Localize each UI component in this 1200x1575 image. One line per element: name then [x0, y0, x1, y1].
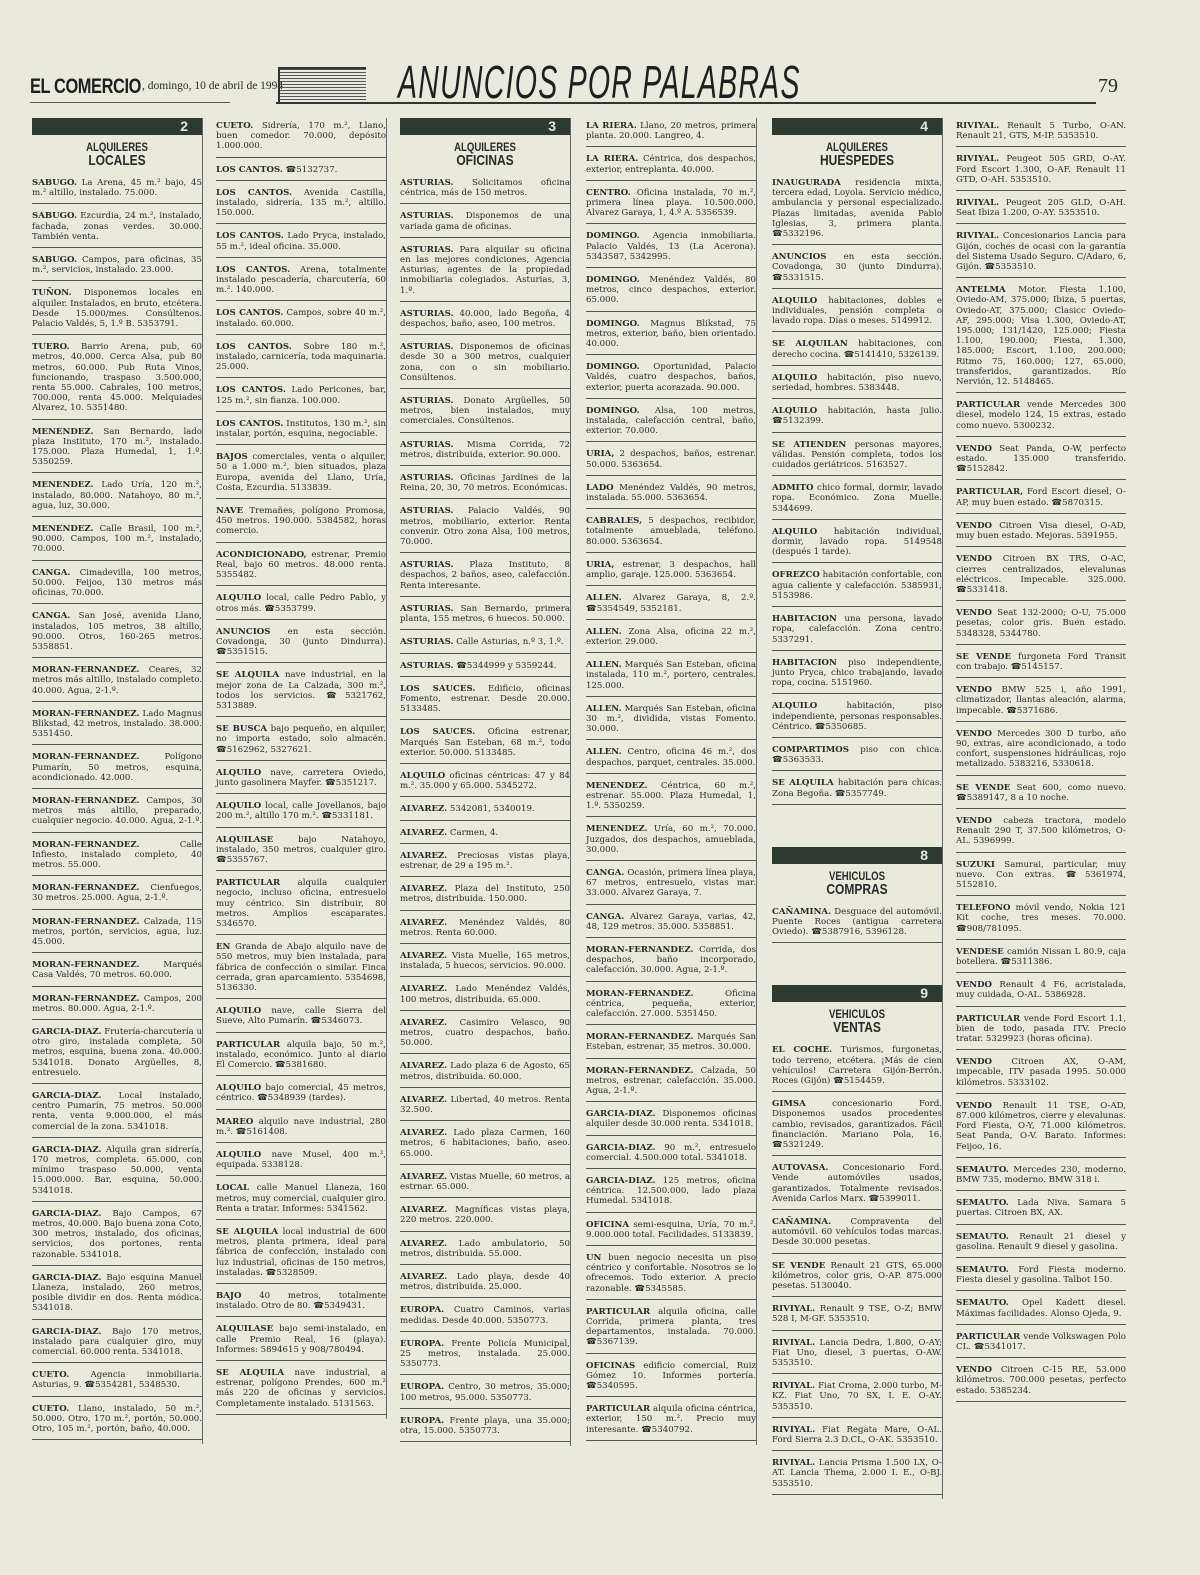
ad-keyword: EUROPA.: [400, 1339, 444, 1349]
ad-keyword: VENDO: [956, 729, 992, 739]
ad-keyword: EUROPA.: [400, 1416, 444, 1426]
ad-keyword: CUETO.: [32, 1370, 69, 1380]
ad-keyword: ASTURIAS.: [400, 342, 453, 352]
classified-ad: MORAN-FERNANDEZ. Ceares, 32 metros más a…: [32, 662, 202, 702]
ad-keyword: ALLEN.: [586, 747, 622, 757]
classified-ad: VENDO Renault 4 F6, acristalada, muy cui…: [956, 977, 1126, 1006]
ad-keyword: MENENDEZ.: [32, 427, 93, 437]
ad-keyword: LOS CANTOS.: [216, 265, 290, 275]
classified-ad: ALQUILO nave Musel, 400 m.², equipada. 5…: [216, 1147, 386, 1176]
classified-ad: DOMINGO. Oportunidad, Palacio Valdés, cu…: [586, 359, 756, 399]
ad-keyword: NAVE: [216, 506, 243, 516]
classified-ad: VENDESE camión Nissan L 80.9, caja botel…: [956, 944, 1126, 973]
ad-keyword: VENDO: [956, 444, 992, 454]
ad-keyword: SE BUSCA: [216, 724, 267, 734]
classified-ad: LADO Menéndez Valdés, 90 metros, instala…: [586, 480, 756, 509]
classified-ad: PARTICULAR alquila oficina céntrica, ext…: [586, 1401, 756, 1441]
classified-ad: ALQUILO habitación, piso nuevo, seriedad…: [772, 370, 942, 399]
ad-keyword: ASTURIAS.: [400, 637, 453, 647]
classified-ad: PARTICULAR alquila cualquier negocio, in…: [216, 875, 386, 935]
ad-keyword: SE ATIENDEN: [772, 440, 846, 450]
ad-keyword: LOS CANTOS.: [216, 385, 286, 395]
classified-ad: GARCIA-DIAZ. Bajo 170 metros, instalado …: [32, 1324, 202, 1364]
ad-keyword: ASTURIAS.: [400, 560, 453, 570]
classified-ad: DOMINGO. Alsa, 100 metros, instalada, ca…: [586, 403, 756, 443]
ad-text: buen negocio necesita un piso céntrico y…: [586, 1253, 756, 1294]
classified-ad: ALQUILO local, calle Pedro Pablo, y otro…: [216, 590, 386, 619]
ad-keyword: MORAN-FERNANDEZ.: [586, 1066, 694, 1076]
classified-ad: CAÑAMINA. Compraventa del automóvil. 60 …: [772, 1214, 942, 1254]
classified-ad: VENDO Citroen BX TRS, O-AC, cierres cent…: [956, 551, 1126, 601]
ad-keyword: ALQUILO: [772, 406, 817, 416]
ad-keyword: MORAN-FERNANDEZ.: [32, 752, 140, 762]
classified-ad: ANUNCIOS en esta sección. Covadonga, 30 …: [772, 249, 942, 289]
section-heading: ALQUILERESHUESPEDES: [772, 141, 942, 167]
ad-keyword: ASTURIAS.: [400, 506, 453, 516]
ad-keyword: ALQUILO: [216, 768, 261, 778]
classified-ad: ALVAREZ. Magníficas vistas playa, 220 me…: [400, 1202, 570, 1231]
ad-keyword: SABUGO.: [32, 211, 77, 221]
ad-keyword: ALVAREZ.: [400, 1018, 447, 1028]
column-3: 3ALQUILERESOFICINASASTURIAS. Solicitamos…: [400, 118, 571, 1446]
ad-keyword: CABRALES,: [586, 516, 642, 526]
classified-ad: ASTURIAS. Disponemos de una variada gama…: [400, 208, 570, 237]
classified-ad: SEMAUTO. Ford Fiesta moderno. Fiesta die…: [956, 1262, 1126, 1291]
ad-keyword: ALVAREZ.: [400, 1205, 447, 1215]
ad-keyword: MORAN-FERNANDEZ.: [586, 945, 694, 955]
ad-text: Barrio Arena, pub, 60 metros, 40.000. Ce…: [32, 342, 202, 413]
divider: [30, 102, 230, 103]
classified-ad: DOMINGO. Menéndez Valdés, 80 metros, cin…: [586, 272, 756, 312]
ad-keyword: VENDO: [956, 980, 992, 990]
ad-keyword: ALQUILO: [772, 701, 817, 711]
classified-ad: NAVE Tremañes, polígono Promosa, 450 met…: [216, 503, 386, 543]
ad-keyword: MORAN-FERNANDEZ.: [32, 840, 140, 850]
classified-ad: INAUGURADA residencia mixta, tercera eda…: [772, 175, 942, 245]
ad-keyword: ALVAREZ.: [400, 1128, 447, 1138]
ad-keyword: VENDO: [956, 1365, 992, 1375]
ad-keyword: EUROPA.: [400, 1305, 444, 1315]
ad-keyword: ALVAREZ.: [400, 884, 447, 894]
ad-keyword: MORAN-FERNANDEZ.: [32, 883, 140, 893]
classified-ad: ALVAREZ. Carmen, 4.: [400, 825, 570, 844]
ad-keyword: LA RIERA.: [586, 121, 637, 131]
section-number-bar: 3: [400, 118, 570, 135]
classified-ad: ALQUILO nave, carretera Oviedo, junto ga…: [216, 765, 386, 794]
classified-ad: EUROPA. Frente playa, una 35.000; otra, …: [400, 1413, 570, 1442]
ad-keyword: GARCIA-DIAZ.: [32, 1273, 102, 1283]
issue-date: , domingo, 10 de abril de 1994: [142, 80, 283, 92]
classified-ad: ALQUILO oficinas céntricas: 47 y 84 m.².…: [400, 768, 570, 797]
classified-ad: ALQUILO habitación individual, dormir, l…: [772, 524, 942, 564]
classified-ad: ALQUILO habitación, hasta julio. ☎513239…: [772, 403, 942, 432]
classified-ad: ASTURIAS. Oficinas Jardines de la Reina,…: [400, 470, 570, 499]
classified-ad: VENDO Mercedes 300 D turbo, año 90, extr…: [956, 726, 1126, 776]
classified-ad: EUROPA. Centro, 30 metros, 35.000; 100 m…: [400, 1379, 570, 1408]
ad-keyword: CANGA.: [586, 912, 624, 922]
ad-keyword: ASTURIAS.: [400, 211, 453, 221]
classified-ad: GARCIA-DIAZ. Frutería-charcutería u otro…: [32, 1024, 202, 1084]
ad-keyword: SUZUKI: [956, 860, 995, 870]
classified-ad: SE ALQUILA local industrial de 600 metro…: [216, 1224, 386, 1284]
ad-keyword: LOS CANTOS.: [216, 165, 283, 175]
ad-keyword: LA RIERA.: [586, 154, 638, 164]
classified-ad: SABUGO. Campos, para oficinas, 35 m.², s…: [32, 252, 202, 281]
classified-ad: ASTURIAS. San Bernardo, primera planta, …: [400, 601, 570, 630]
classified-ad: SE VENDE Seat 600, como nuevo. ☎5389147,…: [956, 780, 1126, 809]
classified-ad: RIVIYAL. Concesionarios Lancia para Gijó…: [956, 228, 1126, 278]
classified-ad: ACONDICIONADO, estrenar, Premio Real, ba…: [216, 547, 386, 587]
ad-keyword: PARTICULAR: [956, 400, 1020, 410]
classified-ad: ALQUILASE bajo semi-instalado, en calle …: [216, 1321, 386, 1361]
ad-keyword: ASTURIAS.: [400, 661, 453, 671]
ad-keyword: PARTICULAR: [586, 1307, 650, 1317]
ad-keyword: ALQUILO: [772, 296, 817, 306]
classified-ad: PARTICULAR alquila oficina, calle Corrid…: [586, 1304, 756, 1354]
ad-keyword: HABITACION: [772, 658, 837, 668]
classified-ad: OFREZCO habitación confortable, con agua…: [772, 567, 942, 607]
classified-ad: ASTURIAS. Palacio Valdés, 90 metros, mob…: [400, 503, 570, 553]
classified-ad: ALVAREZ. Vista Muelle, 165 metros, insta…: [400, 948, 570, 977]
classified-ad: MORAN-FERNANDEZ. Polígono Pumarín, 50 me…: [32, 749, 202, 789]
ad-keyword: HABITACION: [772, 614, 837, 624]
ad-keyword: MENENDEZ.: [32, 524, 93, 534]
column-6: RIVIYAL. Renault 5 Turbo, O-AN. Renault …: [956, 118, 1126, 1406]
ad-keyword: ASTURIAS.: [400, 309, 453, 319]
ad-keyword: CENTRO.: [586, 188, 631, 198]
ad-keyword: OFICINAS: [586, 1361, 635, 1371]
ad-keyword: SE VENDE: [772, 1261, 825, 1271]
decorative-stripes: [278, 67, 366, 103]
ad-keyword: SE VENDE: [956, 652, 1011, 662]
section-subcategory: VENTAS: [789, 1021, 925, 1034]
classified-ad: TUERO. Barrio Arena, pub, 60 metros, 40.…: [32, 339, 202, 419]
classified-ad: RIVIYAL. Lancia Prisma 1.500 LX, O-AT. L…: [772, 1455, 942, 1495]
ad-keyword: RIVIYAL.: [956, 198, 999, 208]
classified-ad: DOMINGO. Magnus Blikstad, 75 metros, ext…: [586, 316, 756, 356]
classified-ad: PARTICULAR vende Volkswagen Polo CL. ☎53…: [956, 1329, 1126, 1358]
classified-ad: ASTURIAS. Disponemos de oficinas desde 3…: [400, 339, 570, 389]
classified-ad: LOS CANTOS. Avenida Castilla, instalado,…: [216, 185, 386, 225]
classified-ad: MORAN-FERNANDEZ. Marqués Casa Valdés, 70…: [32, 957, 202, 986]
classified-ad: LOS CANTOS. ☎5132737.: [216, 162, 386, 181]
classified-ad: VENDO Citroen C-15 RE, 53.000 kilómetros…: [956, 1362, 1126, 1402]
ad-keyword: RIVIYAL.: [956, 121, 999, 131]
ad-keyword: MORAN-FERNANDEZ.: [586, 1032, 694, 1042]
section-subcategory: LOCALES: [49, 154, 185, 167]
ad-keyword: DOMINGO.: [586, 406, 640, 416]
classified-ad: CABRALES, 5 despachos, recibidor, totalm…: [586, 513, 756, 553]
classified-ad: LOS CANTOS. Lado Pericones, bar, 125 m.²…: [216, 382, 386, 411]
classified-ad: GARCIA-DIAZ. Disponemos oficinas alquile…: [586, 1106, 756, 1135]
ad-keyword: EL COCHE.: [772, 1045, 832, 1055]
ad-keyword: SE ALQUILA: [216, 1368, 284, 1378]
ad-keyword: MORAN-FERNANDEZ.: [32, 960, 140, 970]
classified-ad: ALLEN. Centro, oficina 46 m.², dos despa…: [586, 744, 756, 773]
ad-keyword: VENDO: [956, 816, 992, 826]
classified-ad: LOS CANTOS. Sobre 180 m.², instalado, ca…: [216, 339, 386, 379]
column-1: 2ALQUILERESLOCALESSABUGO. La Arena, 45 m…: [32, 118, 203, 1444]
classified-ad: ALQUILO nave, calle Sierra del Sueve, Al…: [216, 1003, 386, 1032]
classified-ad: SEMAUTO. Mercedes 230, moderno. BMW 735,…: [956, 1162, 1126, 1191]
classified-ad: MENENDEZ. Céntrica, 60 m.², estrenar. 55…: [586, 778, 756, 818]
classified-ad: MENENDEZ. Lado Uría, 120 m.², instalado,…: [32, 477, 202, 517]
ad-keyword: ALVAREZ.: [400, 1061, 447, 1071]
ad-keyword: RIVIYAL.: [956, 154, 999, 164]
classified-ad: SE VENDE furgoneta Ford Transit con trab…: [956, 649, 1126, 678]
classified-ad: OFICINAS edificio comercial, Ruiz Gómez …: [586, 1358, 756, 1398]
section-subcategory: HUESPEDES: [789, 154, 925, 167]
ad-keyword: GARCIA-DIAZ.: [586, 1143, 656, 1153]
ad-keyword: VENDO: [956, 554, 992, 564]
ad-keyword: ALQUILO: [216, 593, 261, 603]
ad-keyword: SEMAUTO.: [956, 1298, 1009, 1308]
classified-ad: CUETO. Llano, instalado, 50 m.², 50.000.…: [32, 1401, 202, 1441]
classified-ad: RIVIYAL. Fiat Regata Mare, O-AL. Ford Si…: [772, 1422, 942, 1451]
classified-ad: SE ALQUILA nave industrial, en la mejor …: [216, 667, 386, 717]
classified-ad: GARCIA-DIAZ. Bajo Campos, 67 metros, 40.…: [32, 1206, 202, 1266]
classified-ad: PARTICULAR, Ford Escort diesel, O-AP, mu…: [956, 484, 1126, 513]
ad-keyword: OFICINA: [586, 1220, 629, 1230]
classified-ad: URIA, estrenar, 3 despachos, hall amplio…: [586, 557, 756, 586]
ad-keyword: URIA,: [586, 449, 614, 459]
classified-ad: ALVAREZ. Lado plaza 6 de Agosto, 65 metr…: [400, 1058, 570, 1087]
ad-keyword: VENDO: [956, 1057, 992, 1067]
ad-keyword: INAUGURADA: [772, 178, 841, 188]
ad-keyword: PARTICULAR: [956, 1332, 1020, 1342]
classified-ad: DOMINGO. Agencia inmobiliaria. Palacio V…: [586, 228, 756, 268]
classified-ad: VENDO Renault 11 TSE, O-AD, 87.000 kilóm…: [956, 1098, 1126, 1158]
ad-keyword: CUETO.: [32, 1404, 69, 1414]
classified-ad: HABITACION piso independiente, junto Pry…: [772, 655, 942, 695]
ad-keyword: UN: [586, 1253, 601, 1263]
ad-keyword: PARTICULAR: [956, 1014, 1020, 1024]
ad-keyword: ALLEN.: [586, 704, 622, 714]
classified-ad: SE VENDE Renault 21 GTS, 65.000 kilómetr…: [772, 1258, 942, 1298]
ad-keyword: CANGA.: [586, 868, 624, 878]
classified-ad: SE ATIENDEN personas mayores, válidas. P…: [772, 437, 942, 477]
ad-keyword: AUTOVASA.: [772, 1163, 828, 1173]
ad-keyword: ANUNCIOS: [216, 627, 270, 637]
classified-ad: ALQUILO habitaciones, dobles e individua…: [772, 293, 942, 333]
ad-keyword: ALQUILO: [216, 801, 261, 811]
classified-ad: ALVAREZ. Lado Menéndez Valdés, 100 metro…: [400, 981, 570, 1010]
classified-ad: SABUGO. Ezcurdia, 24 m.², instalado, fac…: [32, 208, 202, 248]
classified-ad: SEMAUTO. Opel Kadett diesel. Máximas fac…: [956, 1295, 1126, 1324]
ad-text: 5342081, 5340019.: [447, 804, 534, 814]
ad-keyword: SE ALQUILA: [772, 778, 834, 788]
ad-keyword: CANGA.: [32, 568, 70, 578]
classified-ad: TELEFONO móvil vendo, Nokia 121 Kit coch…: [956, 900, 1126, 940]
ad-keyword: LOS CANTOS.: [216, 188, 292, 198]
classified-ad: MORAN-FERNANDEZ. Cienfuegos, 30 metros. …: [32, 880, 202, 909]
ad-keyword: ALVAREZ.: [400, 851, 447, 861]
classified-ad: LOS SAUCES. Edificio, oficinas Fomento, …: [400, 681, 570, 721]
classified-ad: GARCIA-DIAZ. Alquila gran sidrería, 170 …: [32, 1142, 202, 1202]
ad-keyword: BAJOS: [216, 452, 248, 462]
classified-ad: SABUGO. La Arena, 45 m.² bajo, 45 m.² al…: [32, 175, 202, 204]
classified-ad: RIVIYAL. Peugeot 205 GLD, O-AH. Seat Ibi…: [956, 195, 1126, 224]
ad-keyword: RIVIYAL.: [772, 1304, 815, 1314]
classified-ad: CANGA. Alvarez Garaya, varias, 42, 48, 1…: [586, 909, 756, 938]
classified-ad: SEMAUTO. Renault 21 diesel y gasolina. R…: [956, 1229, 1126, 1258]
spacer: [772, 947, 942, 985]
ad-keyword: EN: [216, 942, 230, 952]
ad-keyword: SABUGO.: [32, 178, 77, 188]
ad-keyword: CAÑAMINA.: [772, 907, 831, 917]
ad-keyword: ALVAREZ.: [400, 1239, 447, 1249]
classified-ad: CUETO. Sidrería, 170 m.², Llano, buen co…: [216, 118, 386, 158]
classified-ad: LOS CANTOS. Arena, totalmente instalado …: [216, 262, 386, 302]
ad-keyword: MORAN-FERNANDEZ.: [32, 994, 140, 1004]
classified-ad: ASTURIAS. Donato Argüelles, 50 metros, b…: [400, 393, 570, 433]
ad-keyword: ACONDICIONADO,: [216, 550, 307, 560]
ad-keyword: MORAN-FERNANDEZ.: [32, 796, 140, 806]
ad-keyword: MORAN-FERNANDEZ.: [32, 917, 140, 927]
classified-ad: EN Granda de Abajo alquilo nave de 550 m…: [216, 939, 386, 999]
ad-keyword: DOMINGO.: [586, 275, 640, 285]
section-number-bar: 4: [772, 118, 942, 135]
classified-ad: BAJO 40 metros, totalmente instalado. Ot…: [216, 1288, 386, 1317]
ad-keyword: VENDESE: [956, 947, 1004, 957]
ad-keyword: MENENDEZ.: [32, 480, 93, 490]
classified-ad: ANUNCIOS en esta sección. Covadonga, 30 …: [216, 624, 386, 664]
classified-ad: ALQUILASE bajo Natahoyo, instalado, 350 …: [216, 832, 386, 872]
ad-keyword: BAJO: [216, 1291, 241, 1301]
ad-keyword: VENDO: [956, 1101, 992, 1111]
ad-keyword: MENENDEZ.: [586, 781, 647, 791]
classified-ad: COMPARTIMOS piso con chica. ☎5363533.: [772, 742, 942, 771]
ad-keyword: SEMAUTO.: [956, 1265, 1009, 1275]
classified-ad: RIVIYAL. Renault 9 TSE, O-Z; BMW 528 I, …: [772, 1301, 942, 1330]
ad-keyword: ALVAREZ.: [400, 804, 447, 814]
ad-keyword: ASTURIAS.: [400, 473, 453, 483]
ad-keyword: GARCIA-DIAZ.: [586, 1109, 656, 1119]
classified-ad: LOS CANTOS. Campos, sobre 40 m.², instal…: [216, 305, 386, 334]
ad-keyword: LOS SAUCES.: [400, 727, 475, 737]
classified-ad: RIVIYAL. Fiat Croma, 2.000 turbo, M-KZ. …: [772, 1378, 942, 1418]
classified-ad: ADMITO chico formal, dormir, lavado ropa…: [772, 480, 942, 520]
classified-ad: ALQUILO habitación, piso independiente, …: [772, 698, 942, 738]
classified-ad: MORAN-FERNANDEZ. Campos, 200 metros. 80.…: [32, 991, 202, 1020]
ad-keyword: LADO: [586, 483, 614, 493]
classified-ad: ALVAREZ. Casimiro Velasco, 90 metros, cu…: [400, 1015, 570, 1055]
page-number: 79: [1098, 75, 1118, 98]
ad-keyword: GARCIA-DIAZ.: [32, 1209, 102, 1219]
classified-ad: EUROPA. Frente Policía Municipal, 25 met…: [400, 1336, 570, 1376]
classified-ad: EUROPA. Cuatro Caminos, varias medidas. …: [400, 1302, 570, 1331]
ad-keyword: VENDO: [956, 608, 992, 618]
classified-ad: GARCIA-DIAZ. 90 m.², entresuelo comercia…: [586, 1140, 756, 1169]
classified-ad: EL COCHE. Turismos, furgonetas, todo ter…: [772, 1042, 942, 1092]
ad-keyword: PARTICULAR,: [956, 487, 1023, 497]
classified-ad: LOCAL calle Manuel Llaneza, 160 metros, …: [216, 1180, 386, 1220]
ad-keyword: GARCIA-DIAZ.: [32, 1145, 102, 1155]
ad-keyword: SE ALQUILAN: [772, 339, 848, 349]
ad-keyword: ALVAREZ.: [400, 1272, 447, 1282]
ad-keyword: ALVAREZ.: [400, 1172, 447, 1182]
classified-ad: SE ALQUILA habitación para chicas. Zona …: [772, 775, 942, 804]
ad-keyword: CAÑAMINA.: [772, 1217, 831, 1227]
classified-ad: ALVAREZ. Menéndez Valdés, 80 metros. Ren…: [400, 915, 570, 944]
classified-ad: UN buen negocio necesita un piso céntric…: [586, 1250, 756, 1300]
classified-ad: ALLEN. Marqués San Esteban, oficina 30 m…: [586, 701, 756, 741]
ad-keyword: LOS CANTOS.: [216, 342, 292, 352]
ad-keyword: MENENDEZ.: [586, 824, 647, 834]
classified-ad: SUZUKI Samurai, particular, muy nuevo. C…: [956, 857, 1126, 897]
classified-ad: ASTURIAS. Calle Asturias, n.º 3, 1.º.: [400, 634, 570, 653]
ad-keyword: DOMINGO.: [586, 231, 640, 241]
classified-ad: LOS SAUCES. Oficina estrenar, Marqués Sa…: [400, 724, 570, 764]
ad-keyword: ASTURIAS.: [400, 178, 453, 188]
ad-keyword: SE VENDE: [956, 783, 1010, 793]
ad-text: 40 metros, totalmente instalado. Otro de…: [216, 1291, 386, 1311]
ad-keyword: ALQUILO: [772, 373, 817, 383]
classified-ad: BAJOS comerciales, venta o alquiler, 50 …: [216, 449, 386, 499]
ad-keyword: MORAN-FERNANDEZ.: [586, 989, 694, 999]
ad-keyword: URIA,: [586, 560, 614, 570]
ad-keyword: ALVAREZ.: [400, 984, 447, 994]
ad-keyword: RIVIYAL.: [772, 1458, 815, 1468]
classified-ad: GARCIA-DIAZ. 125 metros, oficina céntric…: [586, 1173, 756, 1213]
ad-keyword: ALVAREZ.: [400, 828, 447, 838]
ad-keyword: EUROPA.: [400, 1382, 444, 1392]
ad-keyword: SEMAUTO.: [956, 1165, 1009, 1175]
classified-ad: MORAN-FERNANDEZ. Calle Infiesto, instala…: [32, 837, 202, 877]
classified-ad: GIMSA concesionario Ford. Disponemos usa…: [772, 1096, 942, 1156]
classified-ad: GARCIA-DIAZ. Local instalado, centro Pum…: [32, 1088, 202, 1138]
classified-ad: LOS CANTOS. Lado Pryca, instalado, 55 m.…: [216, 228, 386, 257]
page-title: ANUNCIOS POR PALABRAS: [398, 55, 801, 109]
newspaper-logo: EL COMERCIO: [30, 75, 141, 99]
classified-ad: ALVAREZ. Plaza del Instituto, 250 metros…: [400, 881, 570, 910]
ad-keyword: GARCIA-DIAZ.: [32, 1091, 102, 1101]
classified-ad: ASTURIAS. Misma Corrida, 72 metros, dist…: [400, 437, 570, 466]
ad-keyword: MORAN-FERNANDEZ.: [32, 665, 140, 675]
classified-ad: ALVAREZ. Vistas Muelle, 60 metros, a est…: [400, 1169, 570, 1198]
ad-keyword: DOMINGO.: [586, 319, 640, 329]
classified-ad: MENENDEZ. San Bernardo, lado plaza Insti…: [32, 424, 202, 474]
classified-ad: ASTURIAS. ☎5344999 y 5359244.: [400, 658, 570, 677]
section-heading: VEHICULOSCOMPRAS: [772, 870, 942, 896]
divider: [276, 102, 1096, 104]
classified-ad: ASTURIAS. 40.000, lado Begoña, 4 despach…: [400, 306, 570, 335]
classified-ad: MORAN-FERNANDEZ. Corrida, dos despachos,…: [586, 942, 756, 982]
ad-keyword: SABUGO.: [32, 255, 77, 265]
ad-keyword: LOS CANTOS.: [216, 231, 284, 241]
classified-ad: ANTELMA Motor. Fiesta 1.100, Oviedo-AM, …: [956, 282, 1126, 393]
ad-keyword: ALVAREZ.: [400, 918, 447, 928]
ad-keyword: LOS CANTOS.: [216, 419, 283, 429]
ad-keyword: RIVIYAL.: [772, 1425, 815, 1435]
ad-keyword: ASTURIAS.: [400, 440, 453, 450]
ad-keyword: VENDO: [956, 521, 992, 531]
ad-keyword: ALLEN.: [586, 593, 622, 603]
ad-keyword: RIVIYAL.: [772, 1381, 815, 1391]
section-number-bar: 9: [772, 985, 942, 1002]
ad-keyword: COMPARTIMOS: [772, 745, 849, 755]
ad-keyword: PARTICULAR: [216, 878, 280, 888]
classified-ad: URIA, 2 despachos, baños, estrenar. 50.0…: [586, 446, 756, 475]
column-4: LA RIERA. Llano, 20 metros, primera plan…: [586, 118, 757, 1445]
classified-ad: RIVIYAL. Lancia Dedra, 1.800, O-AY; Fiat…: [772, 1335, 942, 1375]
classified-ad: MENENDEZ. Calle Brasil, 100 m.², 90.000.…: [32, 521, 202, 561]
ad-keyword: LOCAL: [216, 1183, 249, 1193]
spacer: [772, 809, 942, 847]
classified-ad: VENDO Citroen AX, O-AM, impecable, ITV p…: [956, 1054, 1126, 1094]
classified-ad: ASTURIAS. Para alquilar su oficina en la…: [400, 242, 570, 302]
classified-ad: ALVAREZ. Lado ambulatorio, 50 metros, di…: [400, 1236, 570, 1265]
